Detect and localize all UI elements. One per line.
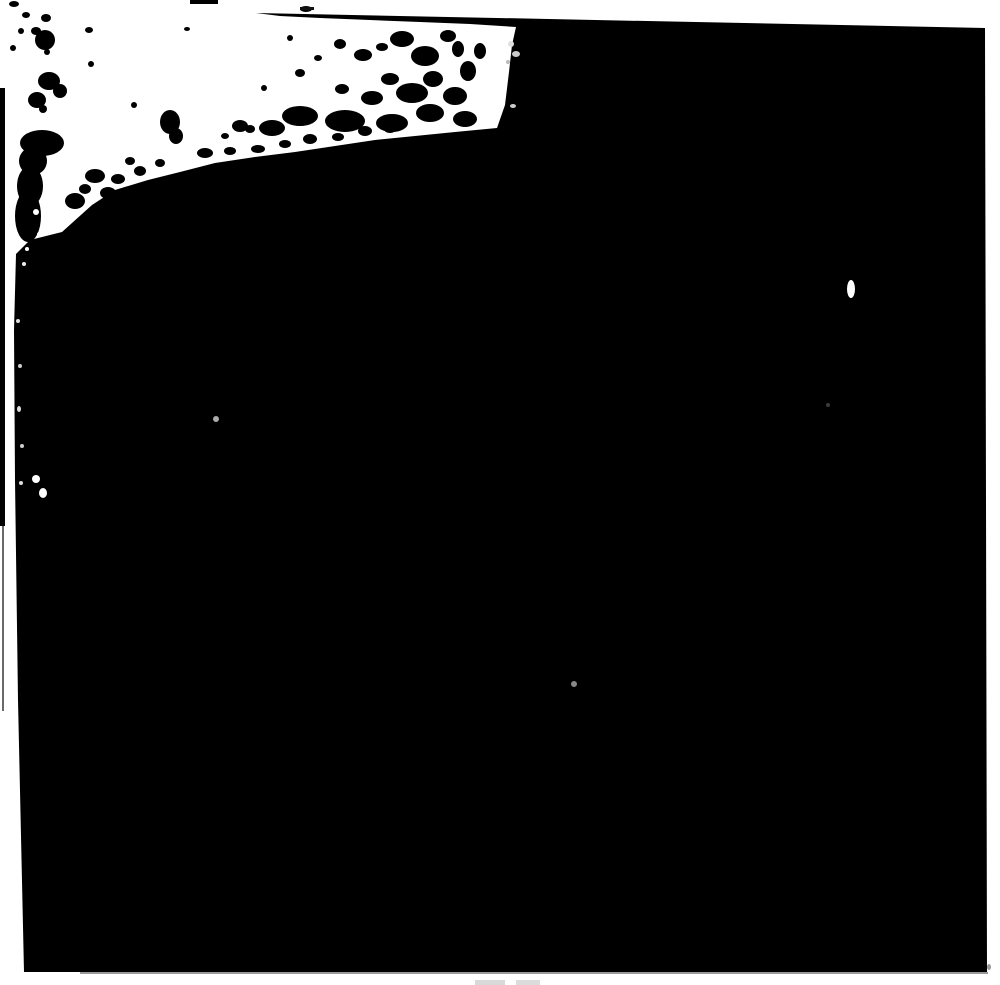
micrograph-canvas bbox=[0, 0, 1000, 985]
scanned-figure-page bbox=[0, 0, 1000, 985]
micrograph-image bbox=[0, 0, 1000, 985]
